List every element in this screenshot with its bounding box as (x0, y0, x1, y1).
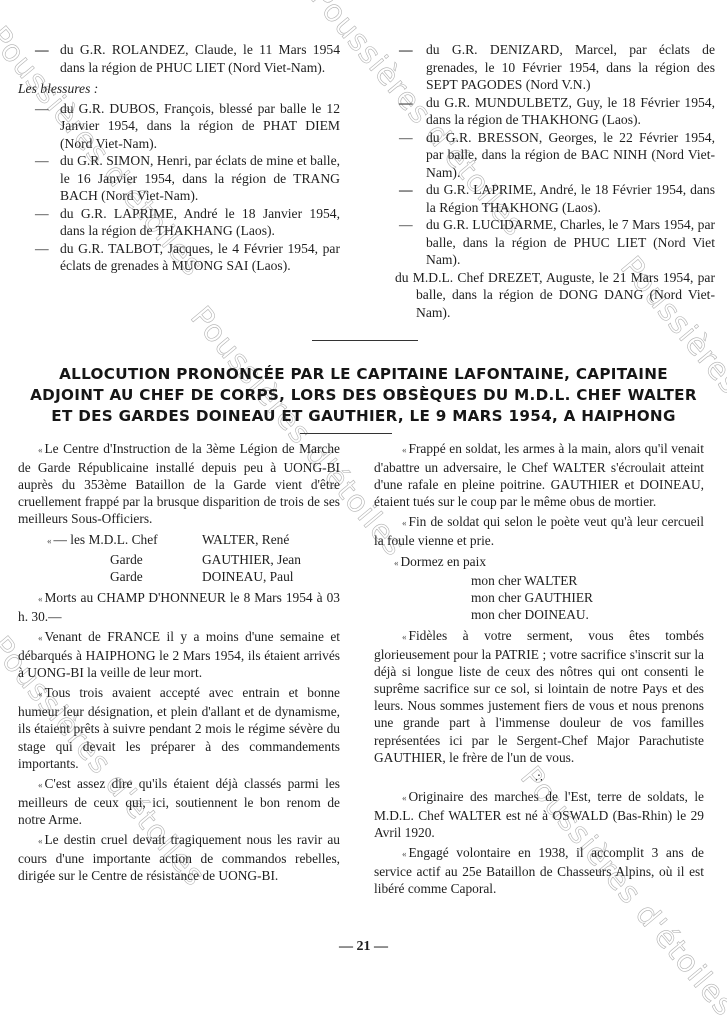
dash-bullet: — (35, 41, 49, 59)
speech-paragraph: «Le destin cruel devait tragiquement nou… (18, 831, 340, 884)
dash-bullet: — (399, 94, 413, 112)
speech-paragraph: «Fidèles à votre serment, vous êtes tomb… (374, 627, 704, 766)
casualty-entry: — du G.R. TALBOT, Jacques, le 4 Février … (18, 240, 340, 275)
dash-bullet: — (35, 205, 49, 223)
speech-paragraph: «Venant de FRANCE il y a moins d'une sem… (18, 628, 340, 681)
dash-bullet: — (399, 41, 413, 59)
speech-paragraph: «Frappé en soldat, les armes à la main, … (374, 440, 704, 510)
section-divider (312, 340, 418, 341)
casualty-list-right: — du G.R. DENIZARD, Marcel, par éclats d… (393, 41, 715, 321)
quote-mark: « (38, 445, 43, 455)
roster-row: Garde DOINEAU, Paul (18, 568, 340, 585)
casualty-entry: — du G.R. MUNDULBETZ, Guy, le 18 Février… (393, 94, 715, 129)
casualty-entry: — du G.R. DUBOS, François, blessé par ba… (18, 100, 340, 153)
casualty-entry: — du G.R. LAPRIME, André, le 18 Février … (393, 181, 715, 216)
dash-bullet: — (35, 152, 49, 170)
speech-paragraph: «Originaire des marches de l'Est, terre … (374, 788, 704, 841)
casualty-entry-final: du M.D.L. Chef DREZET, Auguste, le 21 Ma… (393, 269, 715, 322)
dash-bullet: — (35, 240, 49, 258)
section-separator-asterism: ∴ (374, 774, 704, 782)
casualty-list-left: — du G.R. ROLANDEZ, Claude, le 11 Mars 1… (18, 41, 340, 275)
speech-paragraph: «Engagé volontaire en 1938, il accomplit… (374, 844, 704, 897)
speech-paragraph: «Tous trois avaient accepté avec entrain… (18, 684, 340, 771)
document-page: — du G.R. ROLANDEZ, Claude, le 11 Mars 1… (0, 0, 727, 1024)
speech-paragraph: «Le Centre d'Instruction de la 3ème Légi… (18, 440, 340, 527)
speech-paragraph: «Morts au CHAMP D'HONNEUR le 8 Mars 1954… (18, 589, 340, 625)
dash-bullet: — (35, 100, 49, 118)
casualty-entry: — du G.R. LAPRIME, André le 18 Janvier 1… (18, 205, 340, 240)
dash-bullet: — (399, 129, 413, 147)
roster-row: «— les M.D.L. Chef WALTER, René (18, 531, 340, 550)
farewell-verse: «Dormez en paix mon cher WALTER mon cher… (374, 553, 704, 623)
roster-row: Garde GAUTHIER, Jean (18, 551, 340, 568)
wounded-heading: Les blessures : (18, 80, 340, 98)
dash-bullet: — (399, 216, 413, 234)
speech-column-right: «Frappé en soldat, les armes à la main, … (374, 440, 704, 900)
title-divider (300, 433, 392, 434)
speech-paragraph: «Fin de soldat qui selon le poète veut q… (374, 513, 704, 549)
dash-bullet: — (399, 181, 413, 199)
page-number: — 21 — (0, 939, 727, 955)
casualty-entry: — du G.R. SIMON, Henri, par éclats de mi… (18, 152, 340, 205)
casualty-entry: — du G.R. BRESSON, Georges, le 22 Févrie… (393, 129, 715, 182)
speech-column-left: «Le Centre d'Instruction de la 3ème Légi… (18, 440, 340, 887)
speech-title: ALLOCUTION PRONONCÉE PAR LE CAPITAINE LA… (10, 364, 717, 427)
casualty-entry: — du G.R. DENIZARD, Marcel, par éclats d… (393, 41, 715, 94)
speech-paragraph: «C'est assez dire qu'ils étaient déjà cl… (18, 775, 340, 828)
casualty-entry: — du G.R. ROLANDEZ, Claude, le 11 Mars 1… (18, 41, 340, 76)
victims-roster: «— les M.D.L. Chef WALTER, René Garde GA… (18, 531, 340, 584)
casualty-entry: — du G.R. LUCIDARME, Charles, le 7 Mars … (393, 216, 715, 269)
